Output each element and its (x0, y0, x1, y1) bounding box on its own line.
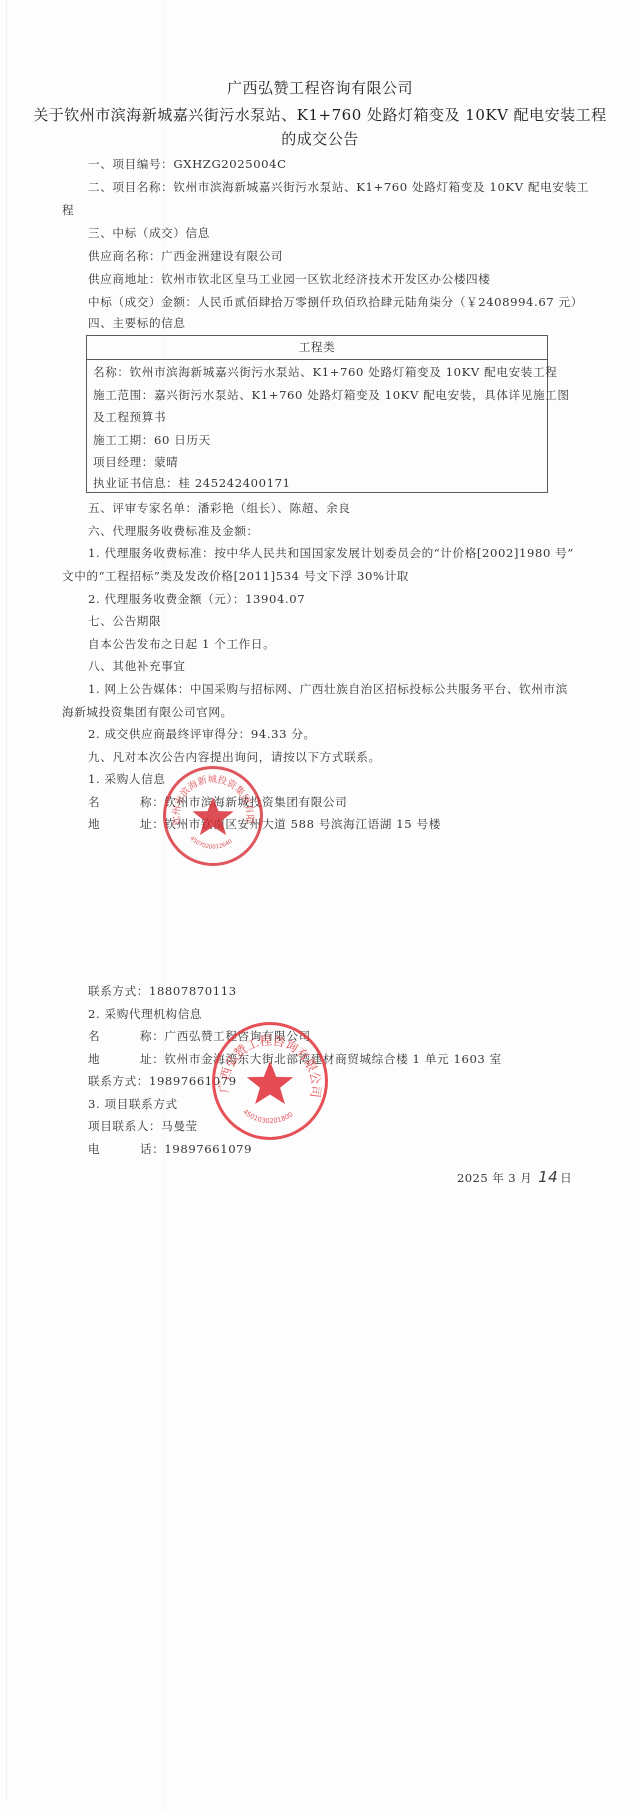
supplier-address: 供应商地址：钦州市钦北区皇马工业园一区钦北经济技术开发区办公楼四楼 (88, 271, 490, 287)
supplier-name: 供应商名称：广西金洲建设有限公司 (88, 248, 283, 264)
agency-name: 广西弘赞工程咨询有限公司 (164, 1029, 310, 1043)
company-title: 广西弘赞工程咨询有限公司 (0, 77, 640, 98)
agency-name-label-tail: 称： (140, 1029, 164, 1043)
fee-standard-line2: 文中的“工程招标”类及发改价格[2011]534 号文下浮 30%计取 (62, 568, 409, 584)
announcement-date: 2025 年 3 月 14日 (457, 1168, 572, 1186)
table-row-scope: 施工范围：嘉兴街污水泵站、K1+760 处路灯箱变及 10KV 配电安装，具体详… (93, 387, 570, 403)
table-header-category: 工程类 (87, 336, 547, 360)
table-row-manager: 项目经理：蒙晴 (93, 454, 178, 470)
agency-phone: 联系方式：19897661079 (88, 1073, 237, 1089)
fee-amount: 2. 代理服务收费金额（元）：13904.07 (88, 591, 305, 607)
purchaser-name-label-tail: 称： (140, 795, 164, 809)
agency-name-label: 名 (88, 1028, 140, 1044)
table-row-name: 名称：钦州市滨海新城嘉兴街污水泵站、K1+760 处路灯箱变及 10KV 配电安… (93, 364, 557, 380)
project-phone: 19897661079 (164, 1142, 252, 1156)
table-row-duration: 施工工期：60 日历天 (93, 432, 211, 448)
period-heading: 七、公告期限 (88, 613, 161, 629)
purchaser-address-label: 地 (88, 816, 140, 832)
purchaser-phone: 联系方式：18807870113 (88, 983, 237, 999)
purchaser-address: 钦州市钦南区安州大道 588 号滨海江语湖 15 号楼 (164, 817, 441, 831)
table-row-scope-cont: 及工程预算书 (93, 409, 166, 425)
purchaser-address-label-tail: 址： (140, 817, 164, 831)
project-name-line2: 程 (62, 202, 74, 218)
expert-list: 五、评审专家名单：潘彩艳（组长）、陈超、余良 (88, 500, 350, 516)
date-year-month: 2025 年 3 月 (457, 1171, 532, 1185)
project-name-line1: 二、项目名称：钦州市滨海新城嘉兴街污水泵站、K1+760 处路灯箱变及 10KV… (88, 179, 589, 195)
media-line1: 1. 网上公告媒体：中国采购与招标网、广西壮族自治区招标投标公共服务平台、钦州市… (88, 681, 568, 697)
award-heading: 三、中标（成交）信息 (88, 225, 210, 241)
fee-standard-line1: 1. 代理服务收费标准：按中华人民共和国国家发展计划委员会的“计价格[2002]… (88, 545, 574, 561)
purchaser-name-label: 名 (88, 794, 140, 810)
subject-info-table: 工程类 名称：钦州市滨海新城嘉兴街污水泵站、K1+760 处路灯箱变及 10KV… (86, 335, 548, 493)
scan-edge-line (6, 0, 7, 1800)
agency-heading: 2. 采购代理机构信息 (88, 1006, 202, 1022)
project-phone-label: 电 (88, 1141, 140, 1157)
agency-name-row: 名称：广西弘赞工程咨询有限公司 (88, 1028, 311, 1044)
purchaser-name: 钦州市滨海新城投资集团有限公司 (164, 795, 347, 809)
other-heading: 八、其他补充事宜 (88, 658, 186, 674)
purchaser-heading: 1. 采购人信息 (88, 771, 166, 787)
svg-text:4501030201800: 4501030201800 (241, 1108, 294, 1125)
agency-address-label-tail: 址： (140, 1052, 164, 1066)
date-day-suffix: 日 (560, 1171, 572, 1185)
project-number: 一、项目编号：GXHZG2025004C (88, 156, 287, 172)
purchaser-name-row: 名称：钦州市滨海新城投资集团有限公司 (88, 794, 347, 810)
agency-address-label: 地 (88, 1051, 140, 1067)
award-amount: 中标（成交）金额：人民币贰佰肆拾万零捌仟玖佰玖拾肆元陆角柒分（￥2408994.… (88, 294, 583, 310)
document-page: 广西弘赞工程咨询有限公司 关于钦州市滨海新城嘉兴街污水泵站、K1+760 处路灯… (0, 0, 640, 1810)
final-score: 2. 成交供应商最终评审得分：94.33 分。 (88, 726, 316, 742)
purchaser-address-row: 地址：钦州市钦南区安州大道 588 号滨海江语湖 15 号楼 (88, 816, 441, 832)
contact-heading: 九、凡对本次公告内容提出询问，请按以下方式联系。 (88, 749, 381, 765)
agency-address-row: 地址：钦州市金海湾东大街北部湾建材商贸城综合楼 1 单元 1603 室 (88, 1051, 502, 1067)
subject-heading: 四、主要标的信息 (88, 315, 186, 331)
announcement-title-line2: 的成交公告 (0, 128, 640, 149)
media-line2: 海新城投资集团有限公司官网。 (62, 704, 233, 720)
fee-heading: 六、代理服务收费标准及金额： (88, 523, 259, 539)
project-phone-row: 电话：19897661079 (88, 1141, 252, 1157)
svg-text:4507020012640: 4507020012640 (188, 836, 234, 851)
project-contact-heading: 3. 项目联系方式 (88, 1096, 178, 1112)
project-contact-person: 项目联系人：马曼莹 (88, 1118, 198, 1134)
agency-address: 钦州市金海湾东大街北部湾建材商贸城综合楼 1 单元 1603 室 (164, 1052, 501, 1066)
project-phone-label-tail: 话： (140, 1142, 164, 1156)
date-day-handwritten: 14 (538, 1168, 558, 1186)
announcement-title-line1: 关于钦州市滨海新城嘉兴街污水泵站、K1+760 处路灯箱变及 10KV 配电安装… (0, 104, 640, 125)
period-text: 自本公告发布之日起 1 个工作日。 (88, 636, 275, 652)
table-row-certificate: 执业证书信息：桂 245242400171 (93, 475, 291, 491)
